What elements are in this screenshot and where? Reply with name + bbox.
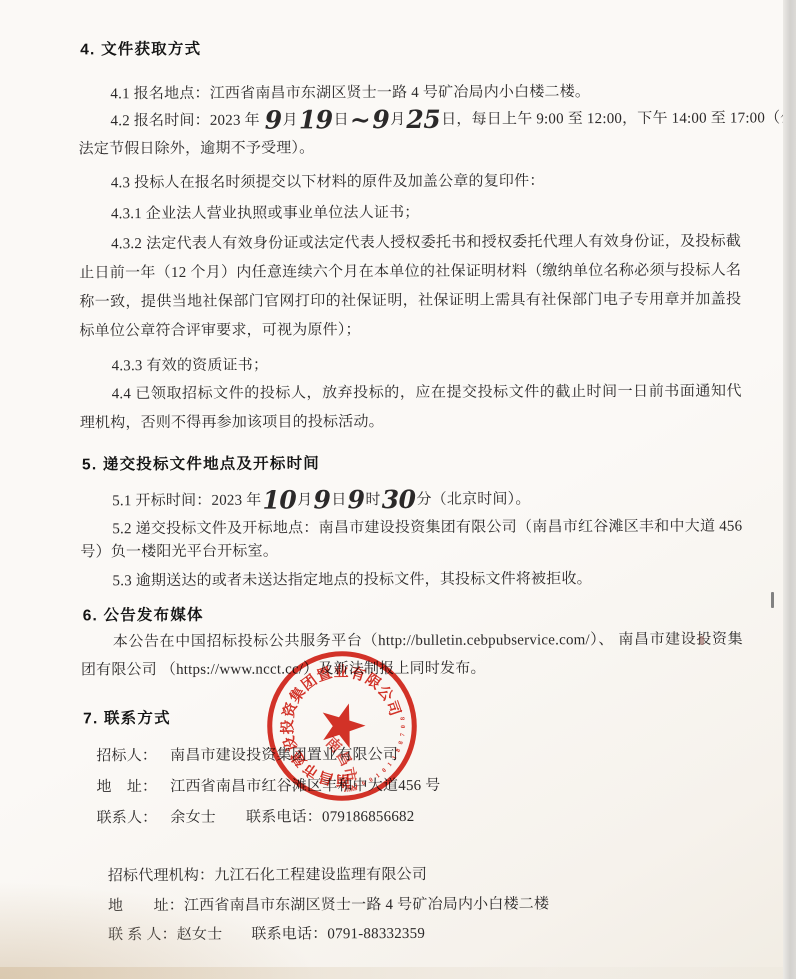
para-5-1-text-b: 分（北京时间）。 — [416, 491, 530, 507]
agency-contact-label: 联 系 人： — [108, 927, 177, 943]
agency-address-label: 地 址： — [108, 898, 184, 914]
agency-address: 江西省南昌市东湖区贤士一路 4 号矿冶局内小白楼二楼 — [184, 896, 549, 914]
tenderer-contact-row: 联系人：余女士联系电话：079186856682 — [97, 805, 415, 827]
para-4-2-text-b: 日，每日上午 9:00 至 12:00，下午 14:00 至 17:00（公休日… — [441, 110, 796, 128]
para-6-announcement: 本公告在中国招标投标公共服务平台（http://bulletin.cebpubs… — [81, 626, 743, 685]
para-5-1-text-a: 5.1 开标时间：2023 年 — [112, 493, 261, 510]
handwritten-month-end: 9 — [371, 105, 390, 134]
para-4-2-line2: 法定节假日除外，逾期不予受理）。 — [79, 133, 741, 165]
para-4-3-3: 4.3.3 有效的资质证书； — [80, 350, 742, 382]
para-5-1-month: 月 — [297, 492, 312, 508]
handwritten-day-start: 19 — [298, 105, 334, 134]
para-4-2-month2: 月 — [390, 112, 405, 128]
para-4-2-day1: 日 — [334, 112, 349, 128]
scan-artifact-speck — [700, 636, 704, 645]
para-5-1: 5.1 开标时间：2023 年10月9日9时30分（北京时间）。 — [80, 483, 531, 517]
para-5-1-hour: 时 — [365, 492, 380, 508]
para-4-2-text-a: 4.2 报名时间：2023 年 — [110, 113, 263, 130]
paper-bottom-edge — [0, 967, 783, 979]
para-5-2: 5.2 递交投标文件及开标地点：南昌市建设投资集团有限公司（南昌市红谷滩区丰和中… — [80, 516, 742, 565]
tenderer-name: 南昌市建设投资集团置业有限公司 — [170, 747, 398, 764]
para-5-1-day: 日 — [331, 492, 346, 508]
tenderer-row: 招标人：南昌市建设投资集团置业有限公司 — [96, 743, 398, 765]
para-4-3-1: 4.3.1 企业法人营业执照或事业单位法人证书； — [79, 198, 741, 230]
paper-right-edge — [783, 0, 796, 979]
tenderer-contact-name: 余女士 — [170, 810, 216, 826]
handwritten-tilde: ~ — [349, 105, 372, 134]
scan-artifact-mark — [771, 592, 774, 608]
para-4-3: 4.3 投标人在报名时须提交以下材料的原件及加盖公章的复印件： — [79, 167, 741, 199]
para-4-3-2: 4.3.2 法定代表人有效身份证或法定代表人授权委托书和授权委托代理人有效身份证… — [79, 228, 741, 347]
agency-name: 九江石化工程建设监理有限公司 — [214, 867, 427, 884]
handwritten-open-hour: 9 — [346, 485, 365, 514]
page-content: 4. 文件获取方式 4.1 报名地点：江西省南昌市东湖区贤士一路 4 号矿冶局内… — [0, 0, 796, 979]
agency-label: 招标代理机构： — [108, 868, 214, 884]
handwritten-open-day: 9 — [312, 485, 331, 514]
section-4-heading: 4. 文件获取方式 — [80, 37, 201, 60]
tenderer-label: 招标人： — [96, 748, 157, 764]
agency-phone-label: 联系电话： — [251, 926, 327, 942]
tenderer-phone-number: 079186856682 — [322, 809, 414, 825]
section-6-heading: 6. 公告发布媒体 — [83, 603, 204, 626]
tenderer-contact-label: 联系人： — [97, 810, 158, 826]
tenderer-address-label: 地 址： — [96, 779, 157, 795]
agency-phone-number: 0791-88332359 — [327, 926, 425, 942]
agency-contact-name: 赵女士 — [177, 927, 223, 943]
agency-address-row: 地 址：江西省南昌市东湖区贤士一路 4 号矿冶局内小白楼二楼 — [108, 892, 549, 915]
para-5-3: 5.3 逾期送达的或者未送达指定地点的投标文件，其投标文件将被拒收。 — [80, 565, 742, 597]
handwritten-open-month: 10 — [261, 485, 297, 514]
tenderer-address: 江西省南昌市红谷滩区丰和中大道456 号 — [170, 778, 440, 795]
document-page: 4. 文件获取方式 4.1 报名地点：江西省南昌市东湖区贤士一路 4 号矿冶局内… — [0, 0, 796, 979]
para-4-2-month1: 月 — [283, 112, 298, 128]
agency-contact-row: 联 系 人：赵女士联系电话：0791-88332359 — [108, 922, 425, 944]
handwritten-open-minute: 30 — [381, 485, 417, 514]
tenderer-phone-label: 联系电话： — [246, 809, 322, 825]
section-5-heading: 5. 递交投标文件地点及开标时间 — [82, 451, 320, 474]
para-4-4: 4.4 已领取招标文件的投标人，放弃投标的，应在提交投标文件的截止时间一日前书面… — [80, 378, 742, 439]
handwritten-month-start: 9 — [264, 106, 283, 135]
section-7-heading: 7. 联系方式 — [83, 706, 171, 728]
agency-row: 招标代理机构：九江石化工程建设监理有限公司 — [108, 863, 427, 885]
tenderer-address-row: 地 址：江西省南昌市红谷滩区丰和中大道456 号 — [96, 774, 440, 797]
handwritten-day-end: 25 — [405, 105, 441, 134]
